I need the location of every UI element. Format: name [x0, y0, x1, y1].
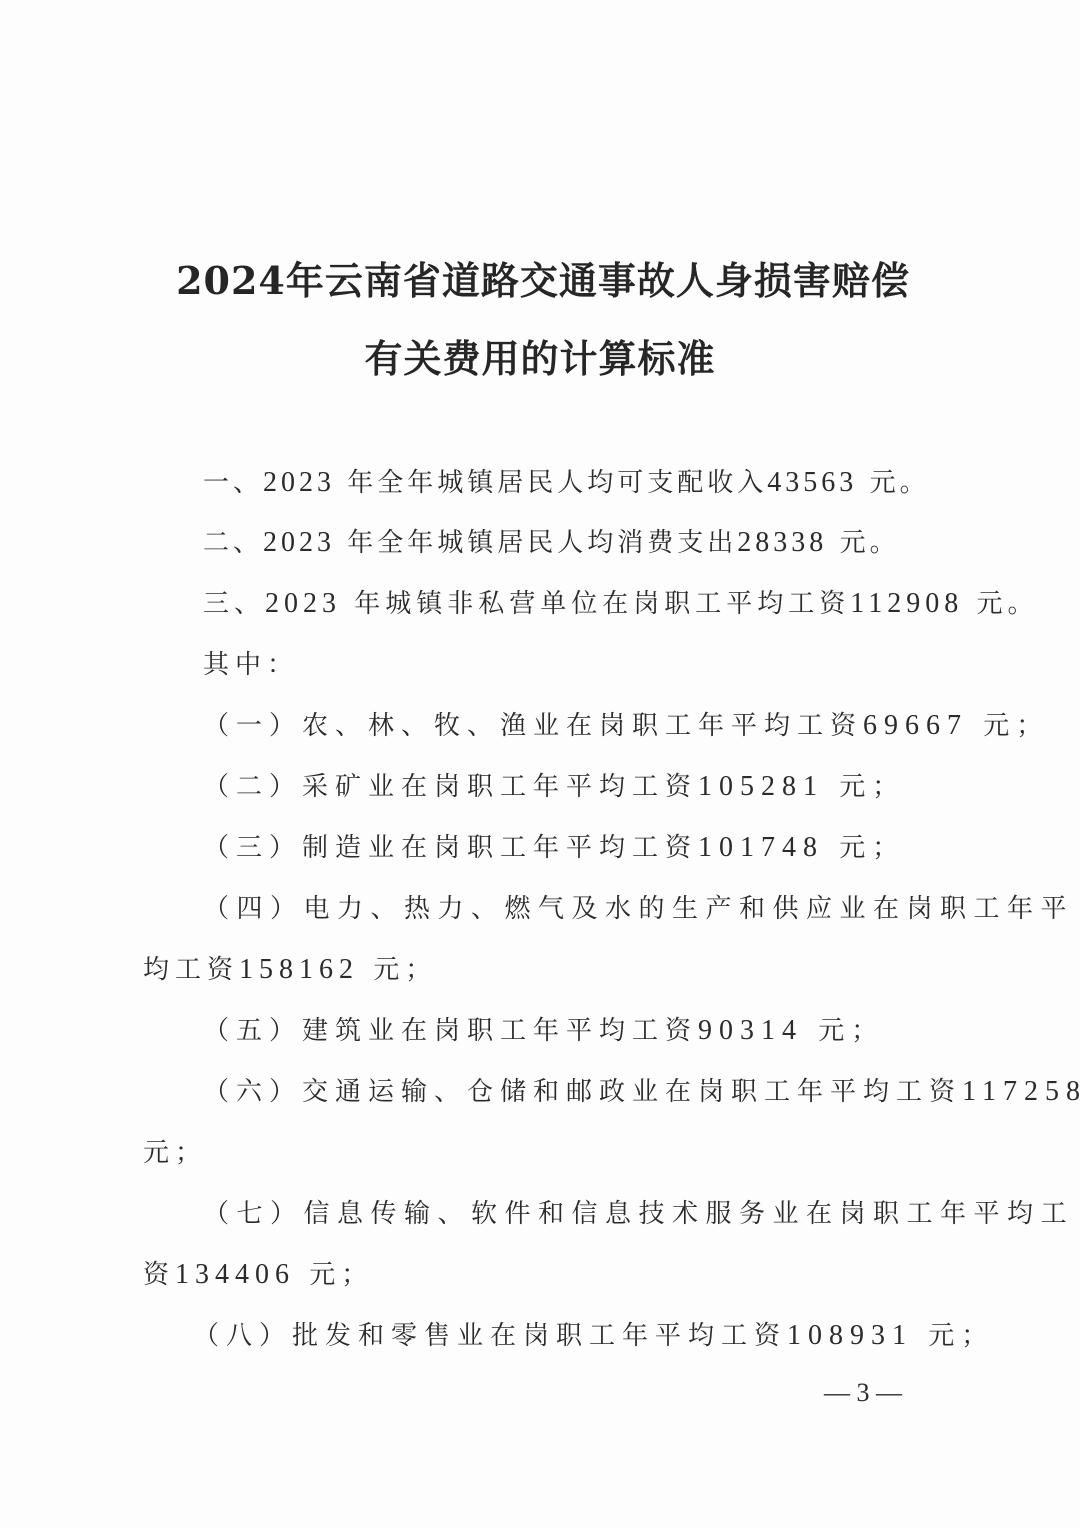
sub-item-label: （五） [203, 1016, 302, 1046]
sub-item-4: （四）电力、热力、燃气及水的生产和供应业在岗职工年平 [203, 888, 1074, 925]
item-value: 112908 [850, 588, 963, 619]
sub-item-value: 134406 [175, 1259, 295, 1290]
sub-item-8: （八）批发和零售业在岗职工年平均工资108931 元； [193, 1315, 994, 1352]
document-title-line-1: 2024年云南省道路交通事故人身损害赔偿 [3, 250, 1080, 305]
sub-item-text: 农、林、牧、渔业在岗职工年平均工资 [302, 711, 863, 741]
sub-item-1: （一）农、林、牧、渔业在岗职工年平均工资69667 元； [203, 705, 1049, 742]
item-suffix: 元。 [977, 589, 1039, 619]
sub-item-text: 批发和零售业在岗职工年平均工资 [292, 1321, 787, 1351]
sub-item-6-continued: 元； [143, 1132, 207, 1169]
sub-item-label: （一） [203, 711, 302, 741]
sub-item-value: 105281 [698, 771, 824, 802]
sub-item-suffix: 元； [309, 1260, 373, 1290]
item-text: 年全年城镇居民人均消费支出 [347, 528, 737, 558]
item-prefix: 一、 [203, 468, 263, 498]
item-text: 年城镇非私营单位在岗职工平均工资 [354, 589, 850, 619]
sub-item-suffix: 元； [839, 772, 905, 802]
sub-item-text-continued: 均工资 [143, 955, 239, 985]
sub-item-5: （五）建筑业在岗职工年平均工资90314 元； [203, 1010, 884, 1047]
item-value: 28338 [737, 527, 827, 558]
sub-item-2: （二）采矿业在岗职工年平均工资105281 元； [203, 766, 905, 803]
sub-item-text: 采矿业在岗职工年平均工资 [302, 772, 698, 802]
sub-item-suffix: 元； [983, 711, 1049, 741]
sub-item-value: 69667 [863, 710, 968, 741]
sub-item-3: （三）制造业在岗职工年平均工资101748 元； [203, 827, 905, 864]
item-2: 二、2023 年全年城镇居民人均消费支出28338 元。 [203, 522, 900, 559]
sub-item-label: （七） [203, 1199, 304, 1229]
sub-item-label: （六） [203, 1077, 302, 1107]
sub-item-value: 108931 [787, 1320, 913, 1351]
sub-item-value: 101748 [698, 832, 824, 863]
item-value: 43563 [767, 467, 857, 498]
item-suffix: 元。 [840, 528, 900, 558]
sub-item-text: 交通运输、仓储和邮政业在岗职工年平均工资 [302, 1077, 962, 1107]
sub-item-text: 制造业在岗职工年平均工资 [302, 833, 698, 863]
sub-item-7-continued: 资134406 元； [143, 1254, 373, 1291]
sub-item-6: （六）交通运输、仓储和邮政业在岗职工年平均工资117258 [203, 1071, 1080, 1108]
item-suffix: 元。 [870, 468, 930, 498]
document-title-line-2: 有关费用的计算标准 [0, 328, 1080, 383]
sub-item-suffix: 元； [928, 1321, 994, 1351]
sub-item-label: （三） [203, 833, 302, 863]
sub-item-text-continued: 资 [143, 1260, 175, 1290]
sub-item-label: （八） [193, 1321, 292, 1351]
item-year: 2023 [265, 588, 341, 619]
item-year: 2023 [263, 527, 335, 558]
item-prefix: 三、 [203, 589, 265, 619]
page-number: — 3 — [824, 1378, 902, 1408]
sub-item-text: 电力、热力、燃气及水的生产和供应业在岗职工年平 [304, 894, 1075, 924]
item-year: 2023 [263, 467, 335, 498]
sub-item-value: 158162 [239, 954, 359, 985]
item-3: 三、2023 年城镇非私营单位在岗职工平均工资112908 元。 [203, 583, 1039, 620]
sub-item-4-continued: 均工资158162 元； [143, 949, 437, 986]
sub-item-value: 90314 [698, 1015, 803, 1046]
sub-item-value: 117258 [962, 1076, 1080, 1107]
sub-item-suffix: 元； [839, 833, 905, 863]
sub-item-text: 建筑业在岗职工年平均工资 [302, 1016, 698, 1046]
sub-item-suffix: 元； [818, 1016, 884, 1046]
sub-item-label: （二） [203, 772, 302, 802]
item-1: 一、2023 年全年城镇居民人均可支配收入43563 元。 [203, 462, 930, 499]
item-text: 年全年城镇居民人均可支配收入 [347, 468, 767, 498]
among-label: 其中： [203, 644, 299, 681]
item-prefix: 二、 [203, 528, 263, 558]
sub-item-text: 信息传输、软件和信息技术服务业在岗职工年平均工 [304, 1199, 1075, 1229]
sub-item-7: （七）信息传输、软件和信息技术服务业在岗职工年平均工 [203, 1193, 1074, 1230]
sub-item-suffix: 元； [143, 1138, 207, 1168]
sub-item-suffix: 元； [373, 955, 437, 985]
sub-item-label: （四） [203, 894, 304, 924]
